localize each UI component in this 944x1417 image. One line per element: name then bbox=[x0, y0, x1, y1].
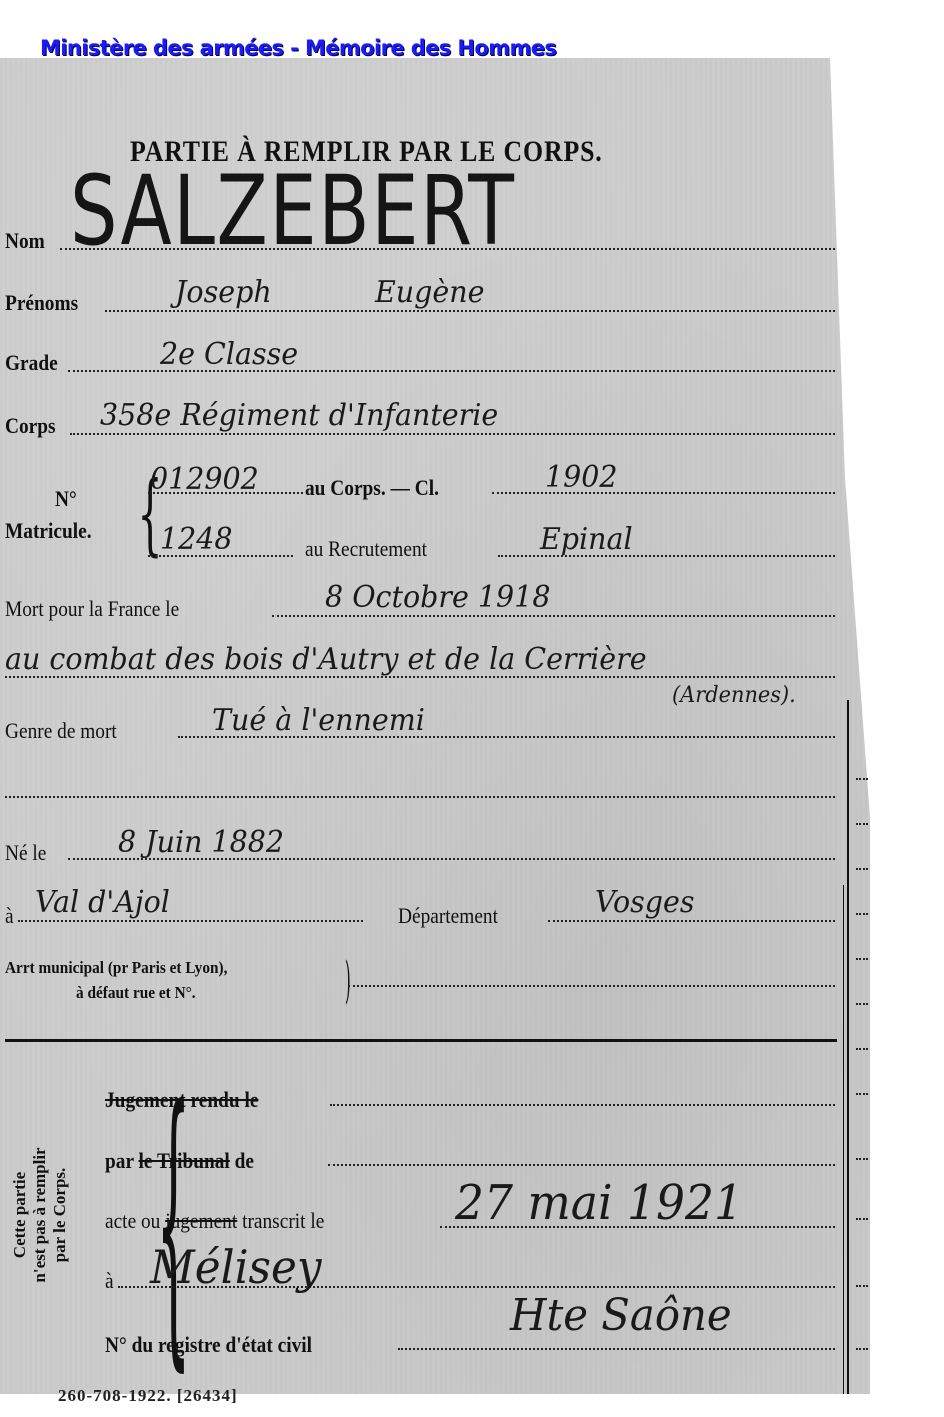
corps-value: 358e Régiment d'Infanterie bbox=[100, 398, 498, 433]
surname-value: SALZEBERT bbox=[70, 155, 516, 267]
margin-dot bbox=[856, 1003, 868, 1005]
side-note: Cette partie n'est pas à remplir par le … bbox=[10, 1120, 70, 1310]
grade-label: Grade bbox=[5, 350, 58, 376]
registre-line bbox=[398, 1348, 835, 1350]
departement-line bbox=[548, 920, 835, 922]
grade-value: 2e Classe bbox=[160, 337, 298, 372]
transcription-date-value: 27 mai 1921 bbox=[455, 1175, 743, 1231]
acte-struck: jugement bbox=[165, 1208, 237, 1233]
mort-label: Mort pour la France le bbox=[5, 596, 179, 622]
recrutement-label: au Recrutement bbox=[305, 536, 427, 562]
prenoms-label: Prénoms bbox=[5, 290, 78, 316]
classe-value: 1902 bbox=[545, 460, 618, 495]
naissance-date-value: 8 Juin 1882 bbox=[118, 825, 284, 860]
tribunal-line bbox=[328, 1164, 835, 1166]
naissance-label: Né le bbox=[5, 840, 46, 866]
margin-dot bbox=[856, 868, 868, 870]
commune-a-label: à bbox=[105, 1268, 114, 1294]
arrondissement-label-1: Arrt municipal (pr Paris et Lyon), bbox=[5, 958, 227, 978]
margin-dot bbox=[856, 1218, 868, 1220]
margin-dot bbox=[856, 958, 868, 960]
matricule-label: Matricule. bbox=[5, 518, 92, 544]
printer-code: 260-708-1922. [26434] bbox=[58, 1386, 238, 1406]
commune-departement-value: Hte Saône bbox=[510, 1290, 732, 1341]
commune-value: Mélisey bbox=[150, 1240, 322, 1294]
margin-rule-inner bbox=[843, 885, 844, 1394]
section-divider bbox=[5, 1039, 837, 1042]
arrondissement-label-2: à défaut rue et N°. bbox=[76, 983, 196, 1003]
mort-lieu-value: au combat des bois d'Autry et de la Cerr… bbox=[5, 642, 647, 677]
tribunal-label: par le Tribunal de bbox=[105, 1148, 254, 1174]
acte-label: acte ou jugement transcrit le bbox=[105, 1208, 324, 1234]
margin-rule-outer bbox=[847, 700, 849, 1394]
margin-dot bbox=[856, 1158, 868, 1160]
watermark-title: Ministère des armées - Mémoire des Homme… bbox=[40, 36, 556, 60]
genre-mort-label: Genre de mort bbox=[5, 718, 117, 744]
side-note-line-2: n'est pas à remplir bbox=[30, 1120, 50, 1310]
prenom-1-value: Joseph bbox=[175, 275, 272, 310]
side-note-line-1: Cette partie bbox=[10, 1120, 30, 1310]
matricule-recrutement-number: 1248 bbox=[160, 522, 233, 557]
mort-date-line bbox=[272, 615, 835, 617]
classe-line bbox=[492, 492, 835, 494]
matricule-corps-number: 012902 bbox=[150, 462, 259, 497]
nom-label: Nom bbox=[5, 228, 45, 254]
acte-prefix: acte ou bbox=[105, 1208, 160, 1233]
naissance-lieu-value: Val d'Ajol bbox=[35, 885, 170, 920]
matricule-corps-label: au Corps. — Cl. bbox=[305, 475, 439, 501]
departement-value: Vosges bbox=[595, 885, 694, 920]
margin-dot bbox=[856, 913, 868, 915]
tribunal-suffix: de bbox=[235, 1148, 254, 1173]
arrondissement-line bbox=[348, 985, 835, 987]
prenoms-line bbox=[105, 310, 835, 312]
tribunal-prefix: par bbox=[105, 1148, 134, 1173]
arrondissement-brace: ) bbox=[345, 955, 351, 1005]
mort-lieu-suite: (Ardennes). bbox=[672, 683, 796, 708]
recrutement-place: Epinal bbox=[540, 522, 633, 557]
naissance-a-label: à bbox=[5, 903, 14, 929]
matricule-no-label: N° bbox=[55, 486, 77, 512]
departement-label: Département bbox=[398, 903, 498, 929]
blank-line bbox=[5, 796, 835, 798]
margin-dot bbox=[856, 1285, 868, 1287]
margin-dot bbox=[856, 1048, 868, 1050]
naissance-lieu-line bbox=[18, 920, 363, 922]
nom-line bbox=[60, 248, 835, 250]
margin-dot bbox=[856, 778, 868, 780]
margin-dot bbox=[856, 1093, 868, 1095]
acte-suffix: transcrit le bbox=[242, 1208, 324, 1233]
corps-label: Corps bbox=[5, 413, 56, 439]
genre-mort-value: Tué à l'ennemi bbox=[212, 703, 425, 738]
prenom-2-value: Eugène bbox=[375, 275, 485, 310]
tribunal-struck: le Tribunal bbox=[139, 1148, 230, 1173]
corps-line bbox=[70, 433, 835, 435]
mort-date-value: 8 Octobre 1918 bbox=[325, 580, 550, 615]
margin-dot bbox=[856, 1348, 868, 1350]
registre-label: N° du registre d'état civil bbox=[105, 1332, 312, 1358]
margin-dot bbox=[856, 823, 868, 825]
jugement-label: Jugement rendu le bbox=[105, 1087, 258, 1113]
jugement-line bbox=[330, 1104, 835, 1106]
side-note-line-3: par le Corps. bbox=[50, 1120, 70, 1310]
